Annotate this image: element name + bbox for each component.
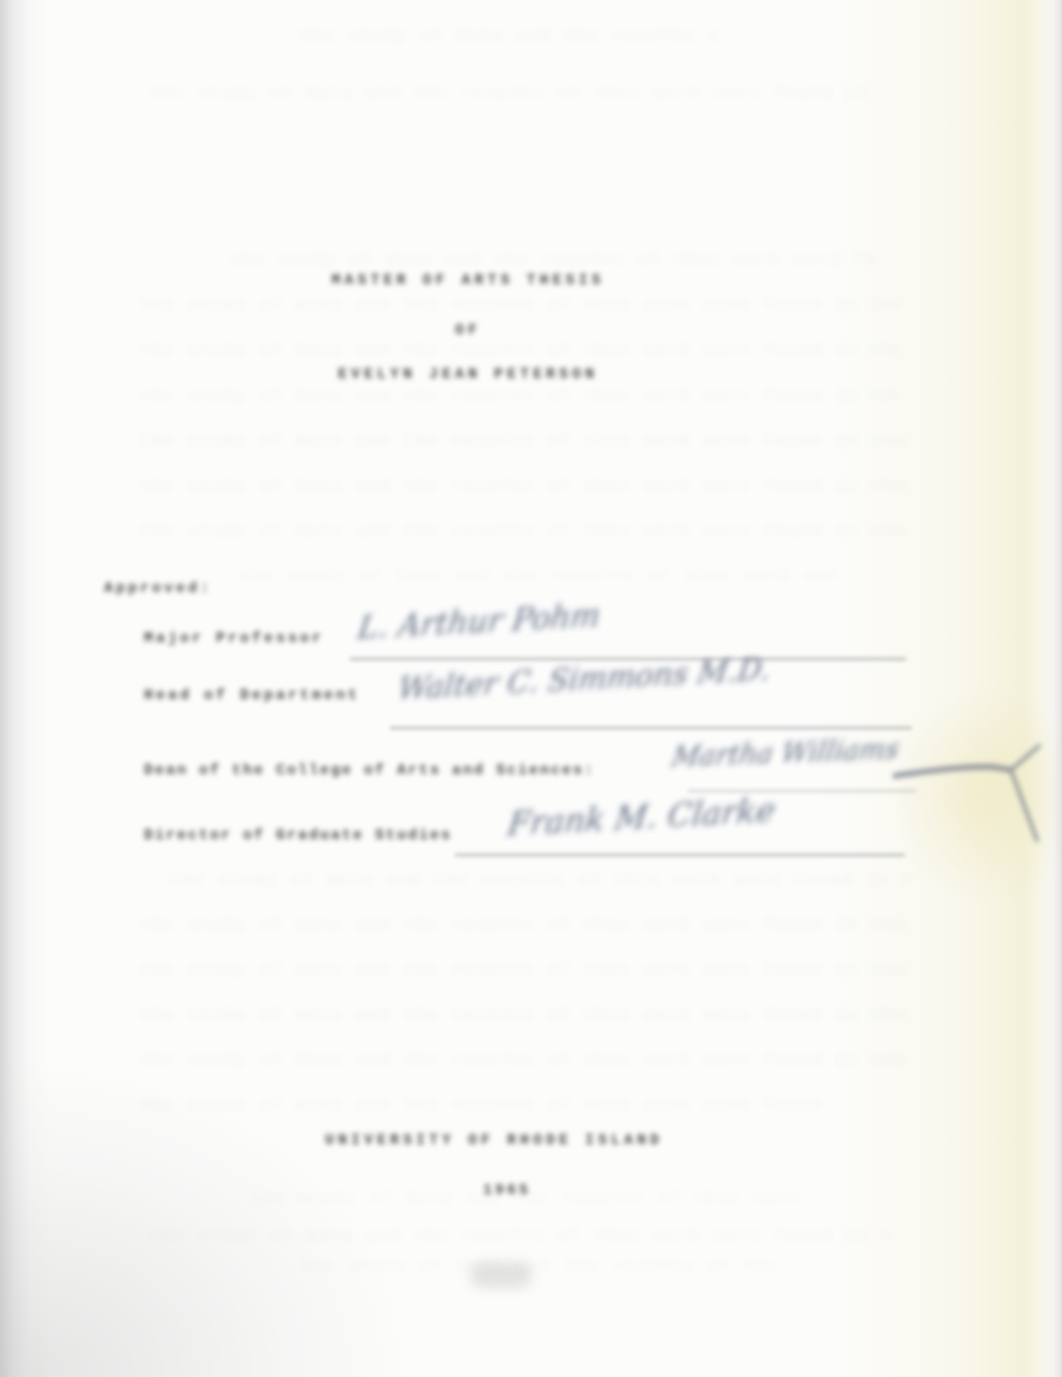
ghost-text-row: the study of data and the results of thi…: [140, 1007, 920, 1029]
ghost-text-row: the study of data and the results of thi…: [140, 962, 910, 984]
scan-bottom-left-shading: [0, 1047, 430, 1377]
ghost-text-row: the study of data and the results of thi…: [140, 342, 900, 364]
ghost-text-row: the study of data and the results of thi…: [300, 28, 720, 50]
thesis-heading-line2: OF: [280, 322, 656, 339]
thesis-heading-line1: MASTER OF ARTS THESIS: [280, 272, 656, 289]
ghost-text-row: the study of data and the results of thi…: [140, 917, 910, 939]
director-signature: Frank M. Clarke: [506, 791, 778, 843]
major-professor-label: Major Professor: [144, 630, 324, 647]
director-signature-line: [455, 854, 905, 856]
ghost-text-row: the study of data and the results of thi…: [240, 568, 840, 590]
ghost-text-row: the study of data and the results of thi…: [140, 388, 900, 410]
ghost-text-row: the study of data and the results of thi…: [150, 85, 870, 107]
ghost-text-row: the study of data and the results of thi…: [140, 433, 910, 455]
dean-label: Dean of the College of Arts and Sciences…: [144, 762, 595, 779]
publication-year: 1965: [407, 1182, 607, 1199]
ghost-text-row: the study of data and the results of thi…: [140, 523, 910, 545]
institution-name: UNIVERSITY OF RHODE ISLAND: [294, 1132, 694, 1149]
major-professor-signature: L. Arthur Pohm: [356, 598, 602, 647]
head-of-department-signature: Walter C. Simmons M.D.: [396, 652, 772, 707]
dean-signature-line: [688, 790, 916, 792]
page-number-ghost-smudge: [470, 1262, 532, 1288]
head-of-department-label: Head of Department: [144, 687, 360, 704]
ghost-text-row: the study of data and the results of thi…: [140, 478, 910, 500]
head-of-department-signature-line: [390, 727, 912, 729]
ghost-text-row: the study of data and the results of thi…: [230, 252, 880, 274]
author-name: EVELYN JEAN PETERSON: [280, 366, 656, 383]
director-of-graduate-studies-label: Director of Graduate Studies: [144, 827, 452, 844]
ghost-text-row: the study of data and the results of thi…: [170, 872, 910, 894]
ghost-text-row: the study of data and the results of thi…: [140, 297, 900, 319]
dean-signature-pen-stroke: [893, 740, 1043, 855]
approved-label: Approved:: [104, 580, 212, 597]
paper-cream-tint-band: [818, 0, 1058, 1377]
scan-right-edge-shading: [1042, 0, 1062, 1377]
scanned-thesis-approval-page: { "colors":{"paper":"#fcfcfb","typed":"#…: [0, 0, 1062, 1377]
